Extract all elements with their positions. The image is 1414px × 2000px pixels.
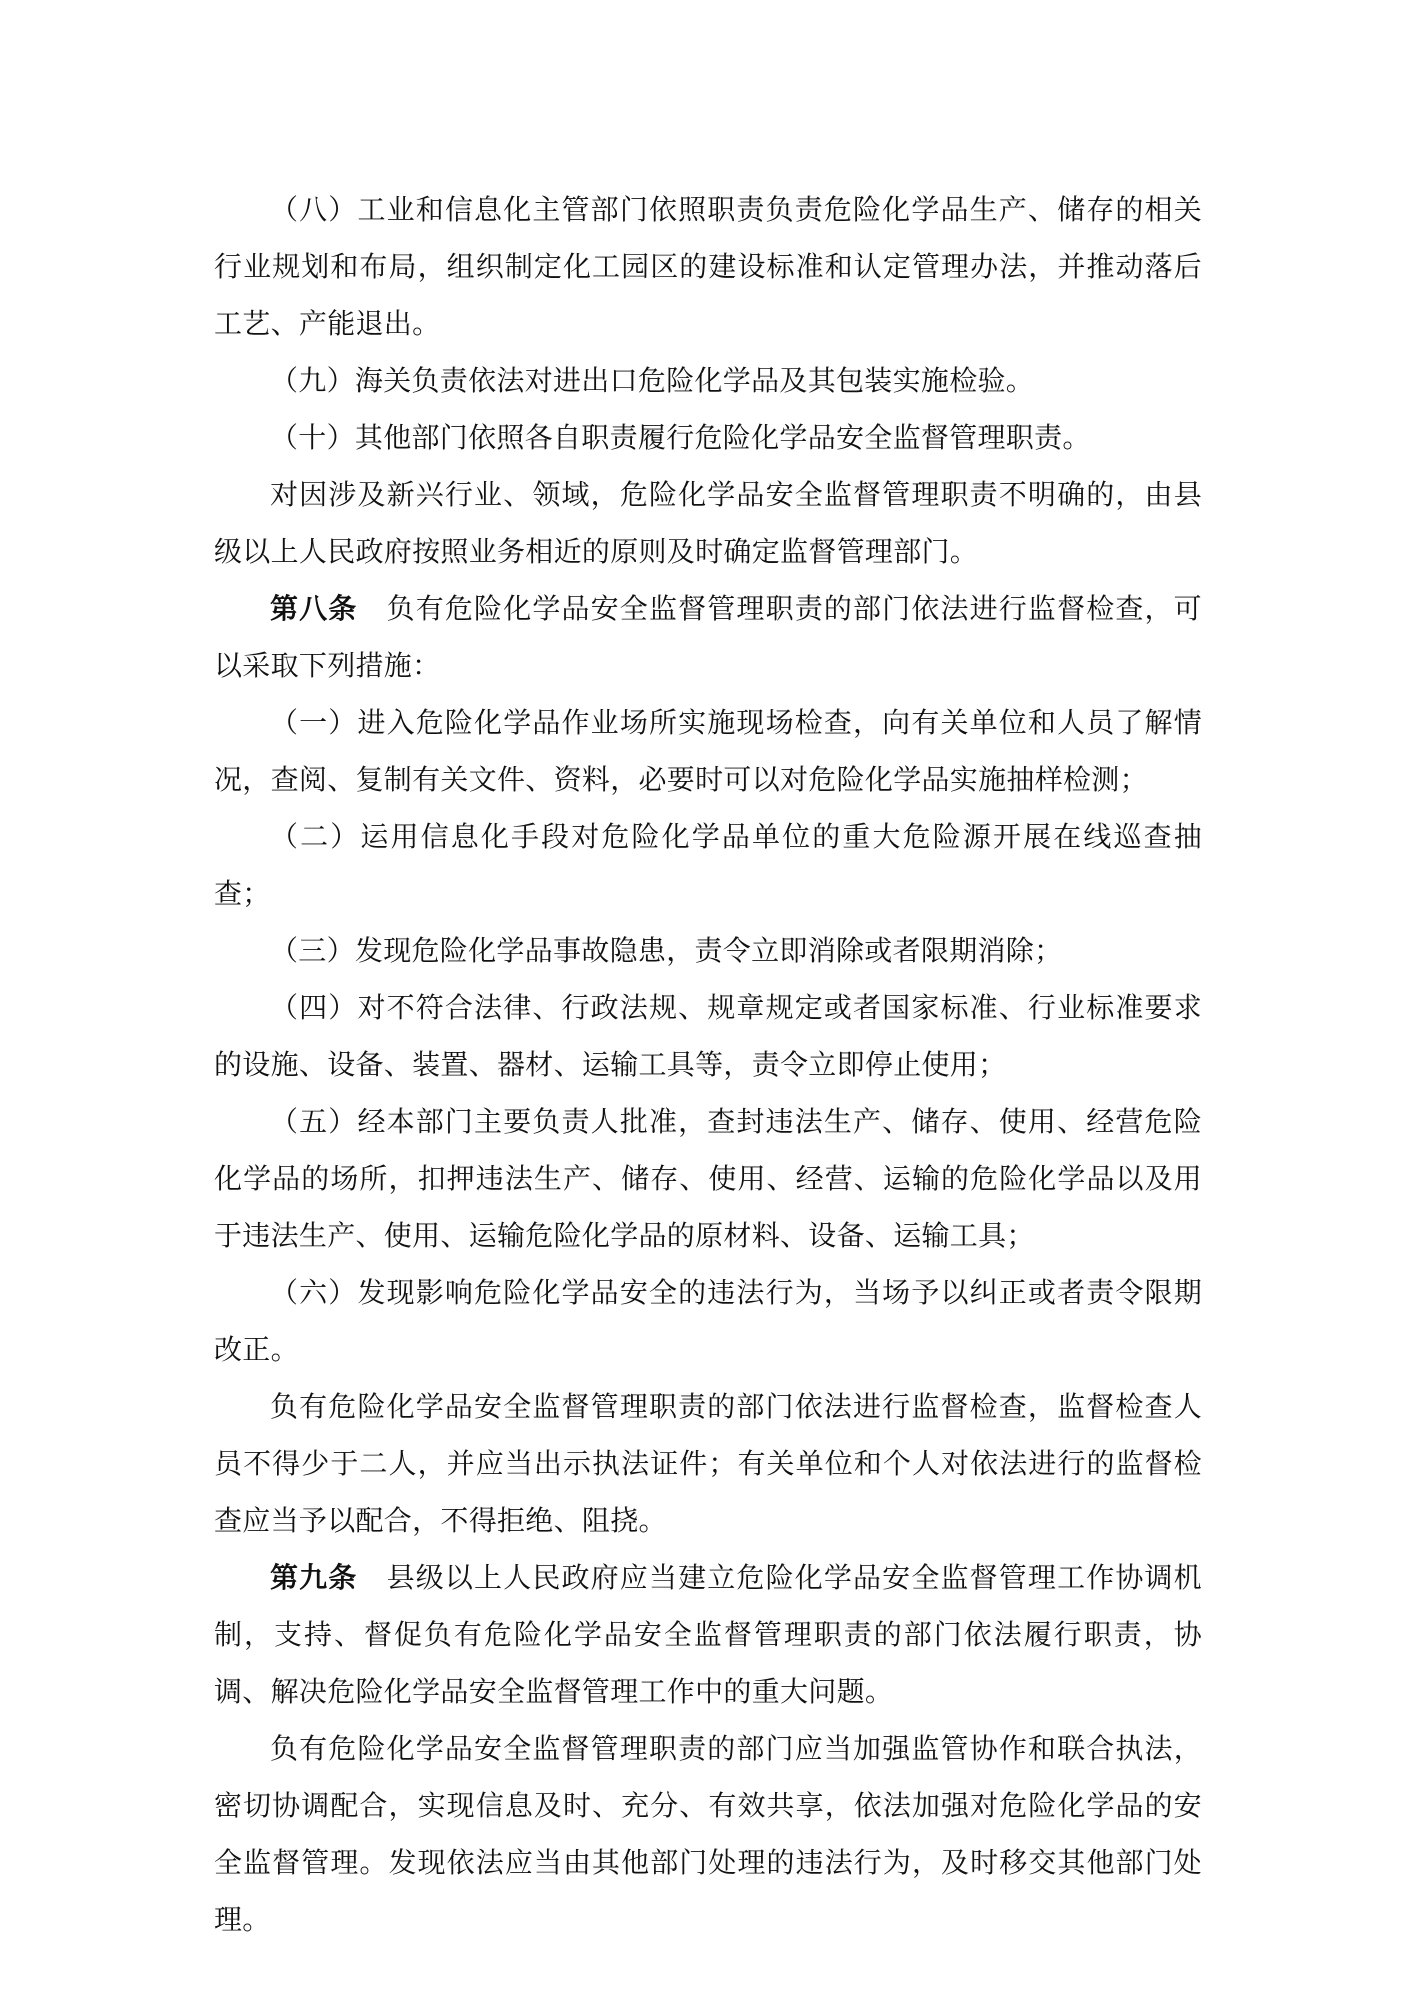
paragraph: 对因涉及新兴行业、领域，危险化学品安全监督管理职责不明确的，由县级以上人民政府按… [214, 467, 1202, 581]
paragraph: （一）进入危险化学品作业场所实施现场检查，向有关单位和人员了解情况，查阅、复制有… [214, 695, 1202, 809]
document-body: （八）工业和信息化主管部门依照职责负责危险化学品生产、储存的相关行业规划和布局，… [214, 182, 1202, 1949]
paragraph: （三）发现危险化学品事故隐患，责令立即消除或者限期消除； [214, 923, 1202, 980]
paragraph: （二）运用信息化手段对危险化学品单位的重大危险源开展在线巡查抽查； [214, 809, 1202, 923]
paragraph-text: 县级以上人民政府应当建立危险化学品安全监督管理工作协调机制，支持、督促负有危险化… [214, 1563, 1202, 1708]
article-number: 第九条 [270, 1563, 357, 1594]
paragraph-text: （十）其他部门依照各自职责履行危险化学品安全监督管理职责。 [270, 423, 1091, 454]
paragraph-text: （二）运用信息化手段对危险化学品单位的重大危险源开展在线巡查抽查； [214, 822, 1202, 910]
paragraph: （八）工业和信息化主管部门依照职责负责危险化学品生产、储存的相关行业规划和布局，… [214, 182, 1202, 353]
paragraph-text: （一）进入危险化学品作业场所实施现场检查，向有关单位和人员了解情况，查阅、复制有… [214, 708, 1202, 796]
paragraph-text: （四）对不符合法律、行政法规、规章规定或者国家标准、行业标准要求的设施、设备、装… [214, 993, 1202, 1081]
paragraph-text: （八）工业和信息化主管部门依照职责负责危险化学品生产、储存的相关行业规划和布局，… [214, 195, 1202, 340]
paragraph-text: 负有危险化学品安全监督管理职责的部门依法进行监督检查，监督检查人员不得少于二人，… [214, 1392, 1202, 1537]
article-number: 第八条 [270, 594, 357, 625]
document-page: （八）工业和信息化主管部门依照职责负责危险化学品生产、储存的相关行业规划和布局，… [0, 0, 1414, 2000]
paragraph: （五）经本部门主要负责人批准，查封违法生产、储存、使用、经营危险化学品的场所，扣… [214, 1094, 1202, 1265]
paragraph-text: （五）经本部门主要负责人批准，查封违法生产、储存、使用、经营危险化学品的场所，扣… [214, 1107, 1202, 1252]
article-paragraph: 第八条 负有危险化学品安全监督管理职责的部门依法进行监督检查，可以采取下列措施： [214, 581, 1202, 695]
paragraph: （九）海关负责依法对进出口危险化学品及其包装实施检验。 [214, 353, 1202, 410]
paragraph-text: 负有危险化学品安全监督管理职责的部门应当加强监管协作和联合执法，密切协调配合，实… [214, 1734, 1202, 1936]
paragraph: 负有危险化学品安全监督管理职责的部门应当加强监管协作和联合执法，密切协调配合，实… [214, 1721, 1202, 1949]
paragraph-text: （六）发现影响危险化学品安全的违法行为，当场予以纠正或者责令限期改正。 [214, 1278, 1202, 1366]
article-paragraph: 第九条 县级以上人民政府应当建立危险化学品安全监督管理工作协调机制，支持、督促负… [214, 1550, 1202, 1721]
paragraph: 负有危险化学品安全监督管理职责的部门依法进行监督检查，监督检查人员不得少于二人，… [214, 1379, 1202, 1550]
paragraph-text: （九）海关负责依法对进出口危险化学品及其包装实施检验。 [270, 366, 1034, 397]
paragraph-text: 负有危险化学品安全监督管理职责的部门依法进行监督检查，可以采取下列措施： [214, 594, 1202, 682]
paragraph-text: 对因涉及新兴行业、领域，危险化学品安全监督管理职责不明确的，由县级以上人民政府按… [214, 480, 1202, 568]
paragraph: （十）其他部门依照各自职责履行危险化学品安全监督管理职责。 [214, 410, 1202, 467]
paragraph: （四）对不符合法律、行政法规、规章规定或者国家标准、行业标准要求的设施、设备、装… [214, 980, 1202, 1094]
paragraph-text: （三）发现危险化学品事故隐患，责令立即消除或者限期消除； [270, 936, 1062, 967]
paragraph: （六）发现影响危险化学品安全的违法行为，当场予以纠正或者责令限期改正。 [214, 1265, 1202, 1379]
